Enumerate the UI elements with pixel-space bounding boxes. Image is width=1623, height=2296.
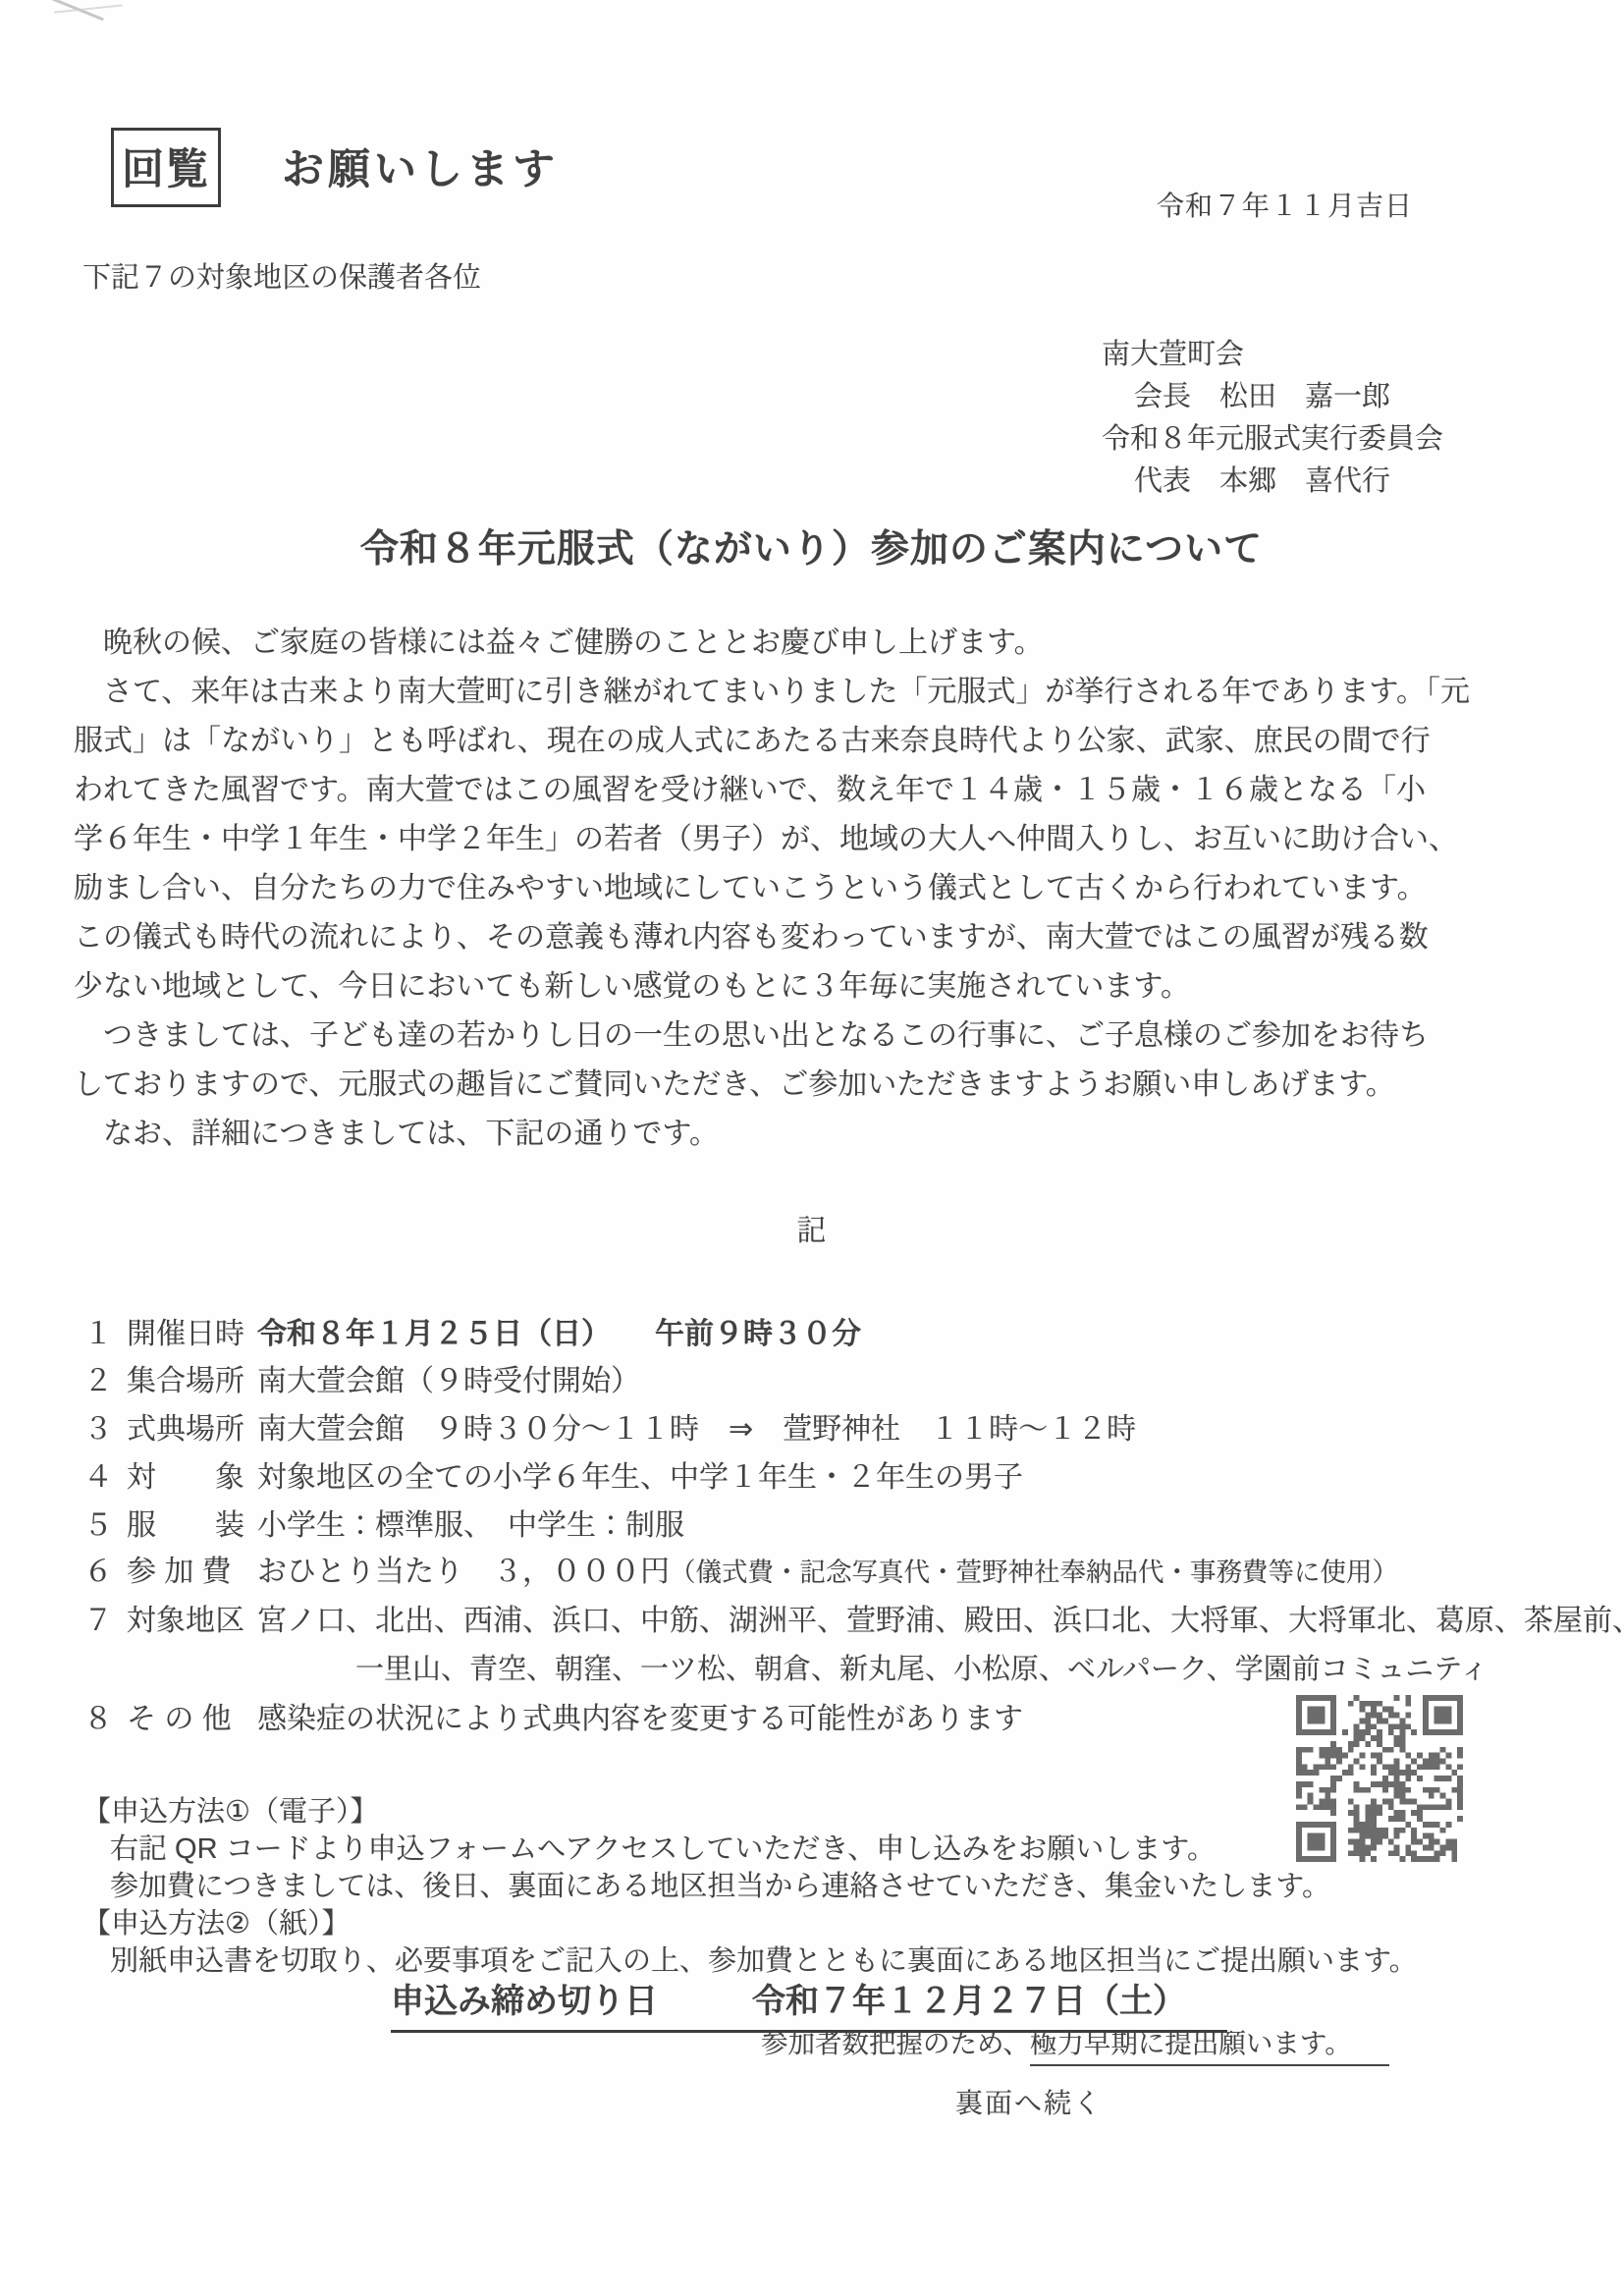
item-number: ６ <box>83 1547 127 1590</box>
detail-row-ceremony-place: ３ 式典場所 南大萱会館 ９時３０分～１１時 ⇒ 萱野神社 １１時～１２時 <box>83 1404 1136 1448</box>
qr-code <box>1296 1695 1463 1862</box>
apply-method1-line1: 右記 QR コードより申込フォームへアクセスしていただき、申し込みをお願いします… <box>110 1827 1216 1867</box>
fee-amount: おひとり当たり ３，０００円 <box>257 1556 670 1588</box>
document-date: 令和７年１１月吉日 <box>1157 185 1413 224</box>
body-line: つきましては、子ども達の若かりし日の一生の思い出となるこの行事に、ご子息様のご参… <box>74 1011 1576 1061</box>
circulation-stamp-box: 回覧 <box>111 128 221 207</box>
body-line: 励まし合い、自分たちの力で住みやすい地域にしていこうという儀式として古くから行わ… <box>74 864 1576 913</box>
sender-representative-name: 代表 本郷 喜代行 <box>1134 459 1390 499</box>
body-line: この儀式も時代の流れにより、その意義も薄れ内容も変わっていますが、南大萱ではこの… <box>74 913 1576 962</box>
body-text: 晩秋の候、ご家庭の皆様には益々ご健勝のこととお慶び申し上げます。 さて、来年は古… <box>74 619 1576 1159</box>
apply-method2-line1: 別紙申込書を切取り、必要事項をご記入の上、参加費とともに裏面にある地区担当にご提… <box>110 1939 1418 1979</box>
circulation-stamp-label: 回覧 <box>122 146 210 193</box>
detail-row-other: ８ そ の 他 感染症の状況により式典内容を変更する可能性があります <box>83 1694 1023 1737</box>
deadline-note-underlined: 極力早期に提出願います。 <box>1030 2021 1389 2066</box>
continue-on-back-note: 裏面へ続く <box>955 2082 1103 2121</box>
detail-row-districts: ７ 対象地区 宮ノ口、北出、西浦、浜口、中筋、湖洲平、萱野浦、殿田、浜口北、大将… <box>83 1596 1623 1639</box>
item-number: １ <box>83 1309 127 1352</box>
item-number: ３ <box>83 1404 127 1448</box>
details-marker: 記 <box>0 1206 1623 1249</box>
body-line: しておりますので、元服式の趣旨にご賛同いただき、ご参加いただきますようお願い申し… <box>74 1061 1576 1110</box>
item-number: ８ <box>83 1694 127 1737</box>
body-line: なお、詳細につきましては、下記の通りです。 <box>74 1110 1576 1159</box>
deadline-label: 申込み締め切り日 <box>391 1983 658 2020</box>
item-value: 小学生：標準服、 中学生：制服 <box>257 1501 684 1544</box>
item-value: 南大萱会館 ９時３０分～１１時 ⇒ 萱野神社 １１時～１２時 <box>257 1404 1136 1448</box>
apply-method1-line2: 参加費につきましては、後日、裏面にある地区担当から連絡させていただき、集金いたし… <box>110 1864 1330 1904</box>
deadline-note-line: 参加者数把握のため、極力早期に提出願います。 <box>761 2021 1389 2066</box>
item-label: 開催日時 <box>127 1309 257 1352</box>
notice-title: 令和８年元服式（ながいり）参加のご案内について <box>0 519 1623 574</box>
deadline-note-prefix: 参加者数把握のため、 <box>761 2028 1030 2058</box>
item-label: 集合場所 <box>127 1356 257 1399</box>
item-label: 対象地区 <box>127 1596 257 1639</box>
detail-row-fee: ６ 参 加 費 おひとり当たり ３，０００円（儀式費・記念写真代・萱野神社奉納品… <box>83 1547 1398 1590</box>
item-number: ５ <box>83 1501 127 1544</box>
item-number: ７ <box>83 1596 127 1639</box>
detail-row-target: ４ 対 象 対象地区の全ての小学６年生、中学１年生・２年生の男子 <box>83 1452 1023 1496</box>
item-label: 対 象 <box>127 1452 257 1496</box>
detail-row-datetime: １ 開催日時 令和８年１月２５日（日） 午前９時３０分 <box>83 1309 861 1352</box>
sender-president-name: 会長 松田 嘉一郎 <box>1134 374 1390 414</box>
detail-row-meeting-place: ２ 集合場所 南大萱会館（９時受付開始） <box>83 1356 640 1399</box>
item-number: ４ <box>83 1452 127 1496</box>
item-number: ２ <box>83 1356 127 1399</box>
body-line: さて、来年は古来より南大萱町に引き継がれてまいりました「元服式」が挙行される年で… <box>74 668 1576 717</box>
apply-method1-heading: 【申込方法①（電子）】 <box>82 1789 379 1830</box>
body-line: 服式」は「ながいり」とも呼ばれ、現在の成人式にあたる古来奈良時代より公家、武家、… <box>74 717 1576 766</box>
item-label: 式典場所 <box>127 1404 257 1448</box>
item-label: 参 加 費 <box>127 1547 257 1590</box>
item-value: 感染症の状況により式典内容を変更する可能性があります <box>257 1694 1023 1737</box>
sender-organization-1: 南大萱町会 <box>1102 332 1244 372</box>
item-label: そ の 他 <box>127 1694 257 1737</box>
recipient-line: 下記７の対象地区の保護者各位 <box>82 255 481 296</box>
circulation-request-text: お願いします <box>282 137 559 196</box>
scanned-notice-page: 回覧 お願いします 令和７年１１月吉日 下記７の対象地区の保護者各位 南大萱町会… <box>0 0 1623 2296</box>
body-line: 学６年生・中学１年生・中学２年生」の若者（男子）が、地域の大人へ仲間入りし、お互… <box>74 815 1576 864</box>
body-line: 晩秋の候、ご家庭の皆様には益々ご健勝のこととお慶び申し上げます。 <box>74 619 1576 668</box>
deadline-date: 令和７年１２月２７日（土） <box>752 1983 1186 2020</box>
item-value: 南大萱会館（９時受付開始） <box>257 1356 640 1399</box>
item-value: 対象地区の全ての小学６年生、中学１年生・２年生の男子 <box>257 1452 1023 1496</box>
item-value: 宮ノ口、北出、西浦、浜口、中筋、湖洲平、萱野浦、殿田、浜口北、大将軍、大将軍北、… <box>257 1596 1623 1639</box>
apply-method2-heading: 【申込方法②（紙）】 <box>82 1901 351 1941</box>
item-value: 令和８年１月２５日（日） 午前９時３０分 <box>257 1309 861 1352</box>
districts-continued-line: 一里山、青空、朝窪、一ツ松、朝倉、新丸尾、小松原、ベルパーク、学園前コミュニティ <box>355 1647 1488 1687</box>
fee-usage-note: （儀式費・記念写真代・萱野神社奉納品代・事務費等に使用） <box>670 1558 1398 1587</box>
item-value: おひとり当たり ３，０００円（儀式費・記念写真代・萱野神社奉納品代・事務費等に使… <box>257 1547 1398 1590</box>
body-line: われてきた風習です。南大萱ではこの風習を受け継いで、数え年で１４歳・１５歳・１６… <box>74 766 1576 815</box>
item-label: 服 装 <box>127 1501 257 1544</box>
sender-organization-2: 令和８年元服式実行委員会 <box>1102 416 1443 457</box>
detail-row-dress-code: ５ 服 装 小学生：標準服、 中学生：制服 <box>83 1501 684 1544</box>
body-line: 少ない地域として、今日においても新しい感覚のもとに３年毎に実施されています。 <box>74 962 1576 1011</box>
scan-artifact <box>0 0 104 21</box>
